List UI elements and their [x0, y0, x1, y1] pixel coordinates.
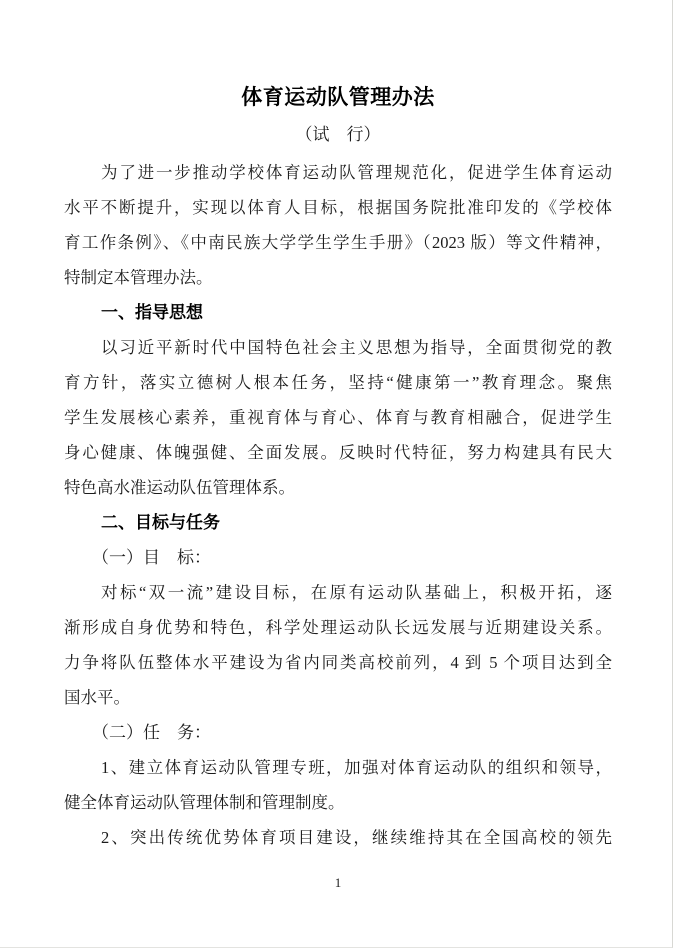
- sub-heading: （一）目 标：: [64, 540, 612, 575]
- document-content: 体育运动队管理办法 （试 行） 为了进一步推动学校体育运动队管理规范化，促进学生…: [64, 0, 612, 893]
- paragraph-line: 特色高水准运动队伍管理体系。: [64, 470, 612, 505]
- paragraph-line: 对标“双一流”建设目标，在原有运动队基础上，积极开拓，逐: [64, 575, 612, 610]
- paragraph-line: 身心健康、体魄强健、全面发展。反映时代特征，努力构建具有民大: [64, 435, 612, 470]
- paragraph-line: 学生发展核心素养，重视育体与育心、体育与教育相融合，促进学生: [64, 400, 612, 435]
- section-heading: 一、指导思想: [64, 295, 612, 330]
- document-page: 体育运动队管理办法 （试 行） 为了进一步推动学校体育运动队管理规范化，促进学生…: [0, 0, 673, 948]
- doc-title: 体育运动队管理办法: [64, 80, 612, 115]
- paragraph-line: 为了进一步推动学校体育运动队管理规范化，促进学生体育运动: [64, 155, 612, 190]
- paragraph-line: 水平不断提升，实现以体育人目标，根据国务院批准印发的《学校体: [64, 190, 612, 225]
- paragraph-line: 渐形成自身优势和特色，科学处理运动队长远发展与近期建设关系。: [64, 610, 612, 645]
- page-number: 1: [64, 873, 612, 893]
- paragraph-line: 国水平。: [64, 680, 612, 715]
- paragraph-line: 育工作条例》、《中南民族大学学生学生手册》（2023 版）等文件精神，: [64, 225, 612, 260]
- paragraph-line: 育方针，落实立德树人根本任务，坚持“健康第一”教育理念。聚焦: [64, 365, 612, 400]
- doc-subtitle: （试 行）: [64, 115, 612, 155]
- paragraph-line: 健全体育运动队管理体制和管理制度。: [64, 785, 612, 820]
- sub-heading: （二）任 务：: [64, 715, 612, 750]
- section-heading: 二、目标与任务: [64, 505, 612, 540]
- paragraph-line: 1、建立体育运动队管理专班，加强对体育运动队的组织和领导，: [64, 750, 612, 785]
- paragraph-line: 以习近平新时代中国特色社会主义思想为指导，全面贯彻党的教: [64, 330, 612, 365]
- paragraph-line: 特制定本管理办法。: [64, 260, 612, 295]
- paragraph-line: 2、突出传统优势体育项目建设，继续维持其在全国高校的领先: [64, 820, 612, 855]
- paragraph-line: 力争将队伍整体水平建设为省内同类高校前列，4 到 5 个项目达到全: [64, 645, 612, 680]
